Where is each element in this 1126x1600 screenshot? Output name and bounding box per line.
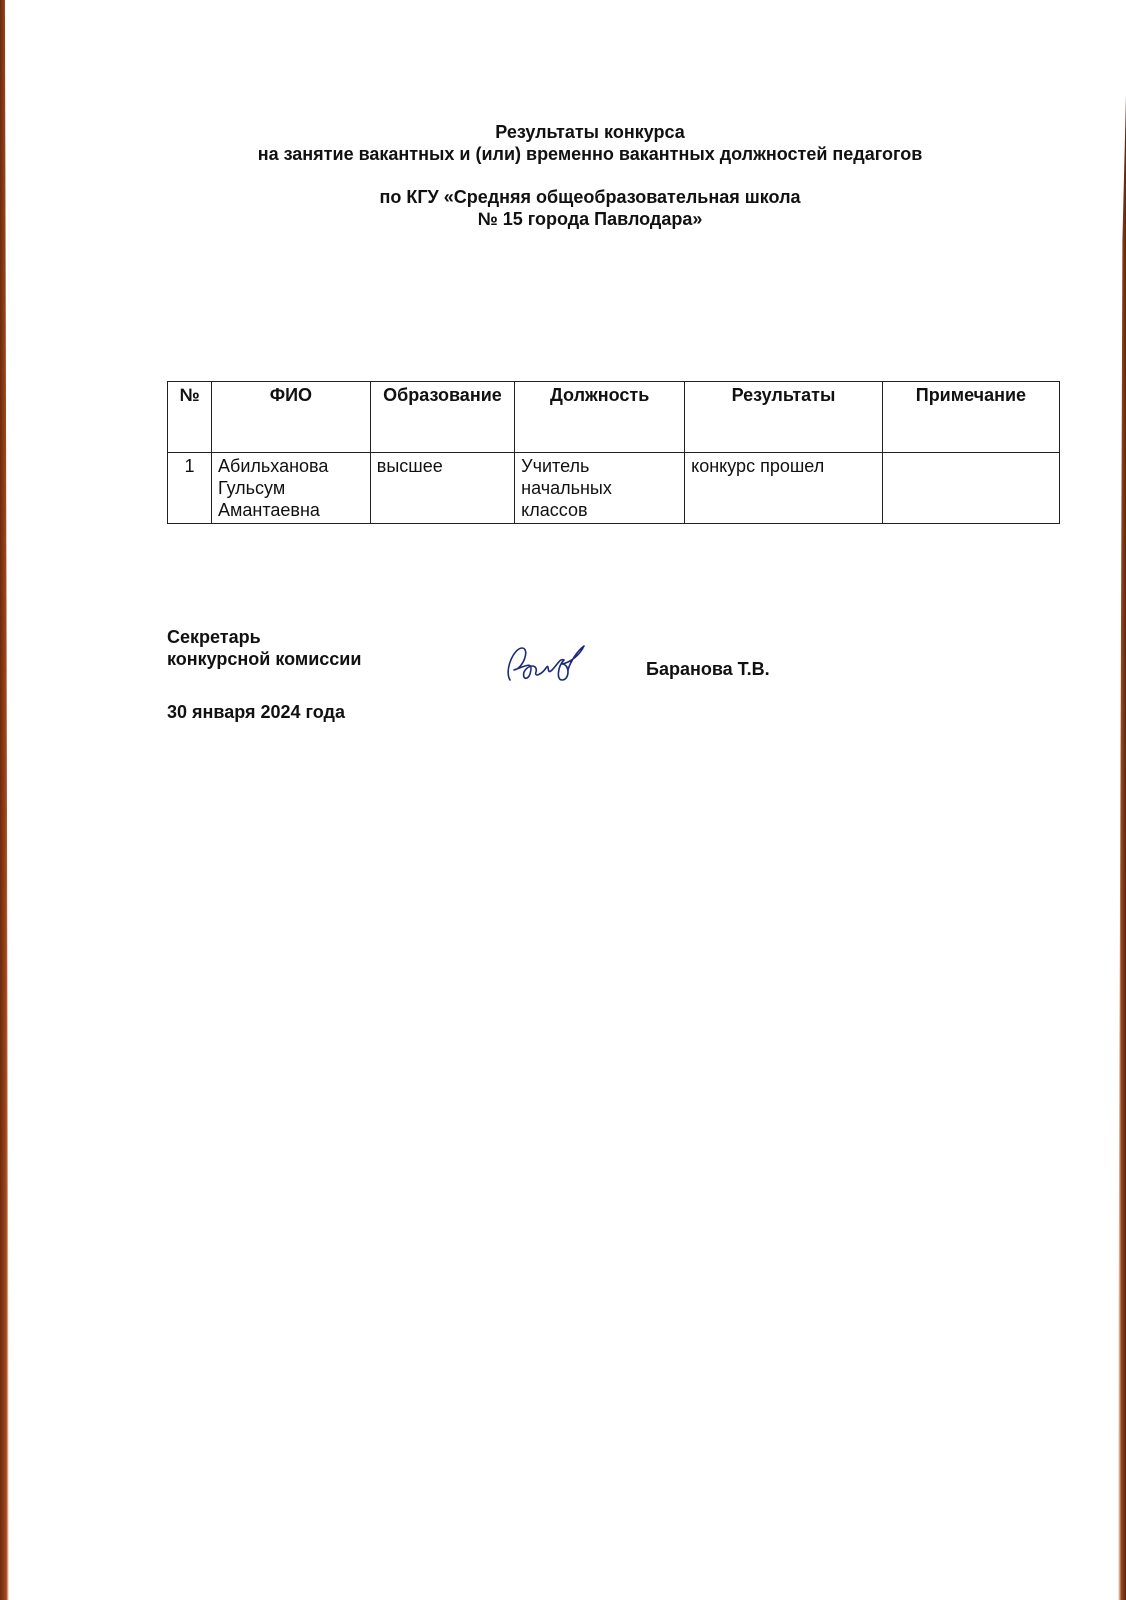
column-header-number: № [168,382,212,453]
column-header-education: Образование [370,382,514,453]
photo-edge-left [0,0,9,1600]
header-organization: по КГУ «Средняя общеобразовательная школ… [200,186,980,208]
cell-position: Учитель начальных классов [515,453,685,524]
secretary-role: Секретарь конкурсной комиссии [167,626,361,670]
cell-number: 1 [168,453,212,524]
header-subtitle: на занятие вакантных и (или) временно ва… [200,143,980,165]
header-organization-number: № 15 города Павлодара» [200,208,980,230]
role-line-1: Секретарь [167,626,361,648]
secretary-name: Баранова Т.В. [646,659,770,680]
table-header-row: № ФИО Образование Должность Результаты П… [168,382,1060,453]
cell-result: конкурс прошел [685,453,883,524]
signature-icon [500,640,590,685]
column-header-fio: ФИО [212,382,371,453]
table-row: 1 Абильханова Гульсум Амантаевна высшее … [168,453,1060,524]
cell-note [882,453,1059,524]
document-header: Результаты конкурса на занятие вакантных… [200,121,980,230]
photo-edge-right [1118,0,1126,1600]
column-header-results: Результаты [685,382,883,453]
header-title: Результаты конкурса [200,121,980,143]
results-table: № ФИО Образование Должность Результаты П… [167,381,1060,524]
cell-education: высшее [370,453,514,524]
column-header-note: Примечание [882,382,1059,453]
cell-fio: Абильханова Гульсум Амантаевна [212,453,371,524]
column-header-position: Должность [515,382,685,453]
document-date: 30 января 2024 года [167,702,345,723]
role-line-2: конкурсной комиссии [167,648,361,670]
